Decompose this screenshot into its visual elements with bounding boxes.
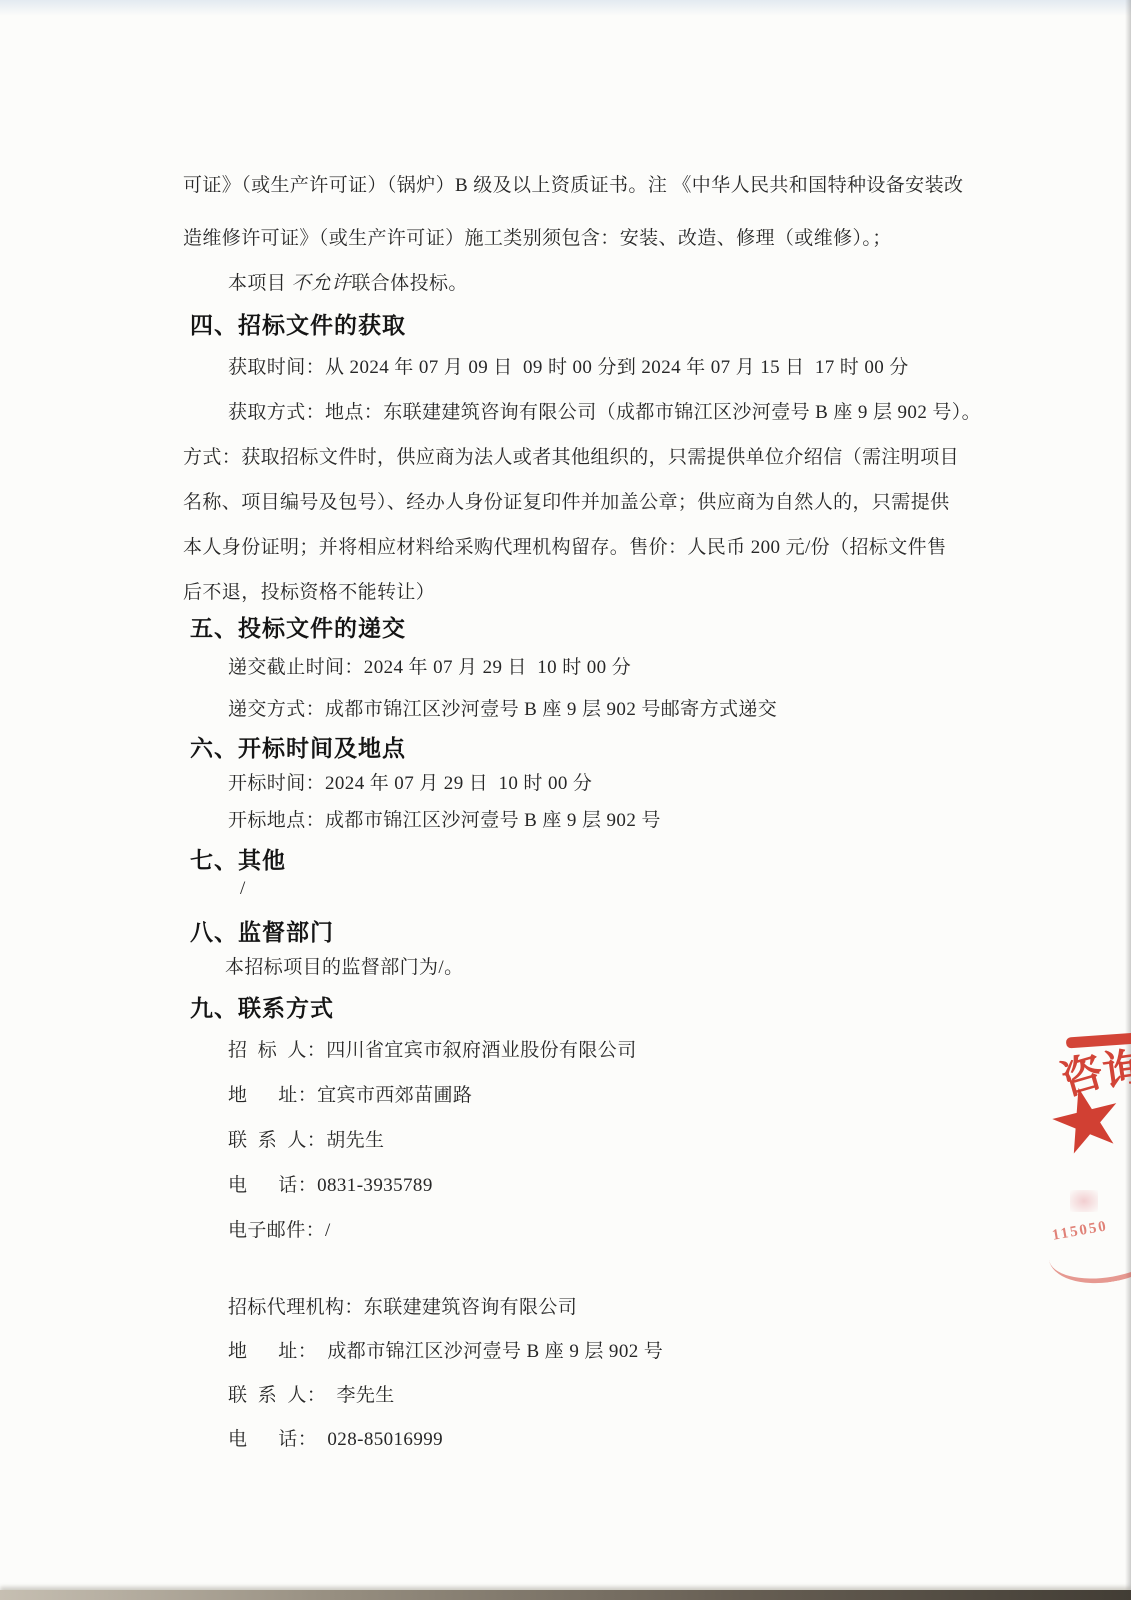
agency-name-line: 招标代理机构：东联建建筑咨询有限公司 <box>228 1292 577 1319</box>
agency-phone-line: 电 话： 028-85016999 <box>228 1424 443 1451</box>
bid-submit-deadline-line: 递交截止时间：2024 年 07 月 29 日 10 时 00 分 <box>228 652 631 679</box>
no-consortium-emphasis: 不允许 <box>291 273 351 294</box>
bid-submit-method-line: 递交方式：成都市锦江区沙河壹号 B 座 9 层 902 号邮寄方式递交 <box>228 694 777 721</box>
page-edge-shadow-right <box>1125 0 1131 1600</box>
tenderer-contact-line: 联 系 人：胡先生 <box>228 1125 384 1152</box>
section-7-content: / <box>240 878 246 900</box>
no-consortium-line: 本项目 不允许联合体投标。 <box>228 268 468 295</box>
scan-edge-bottom <box>0 1590 1131 1600</box>
section-5-heading: 五、投标文件的递交 <box>190 610 406 643</box>
tenderer-phone-line: 电 话：0831-3935789 <box>228 1170 433 1197</box>
tenderer-name-line: 招 标 人：四川省宜宾市叙府酒业股份有限公司 <box>228 1035 637 1062</box>
doc-obtain-para-line-1: 方式：获取招标文件时，供应商为法人或者其他组织的，只需提供单位介绍信（需注明项目 <box>183 442 959 469</box>
seal-ink-smudge <box>1070 1190 1098 1212</box>
agency-address-line: 地 址： 成都市锦江区沙河壹号 B 座 9 层 902 号 <box>228 1336 663 1363</box>
bid-opening-place-line: 开标地点：成都市锦江区沙河壹号 B 座 9 层 902 号 <box>228 805 661 832</box>
section-4-heading: 四、招标文件的获取 <box>190 307 406 340</box>
bid-opening-time-line: 开标时间：2024 年 07 月 29 日 10 时 00 分 <box>228 768 592 795</box>
section-8-heading: 八、监督部门 <box>190 914 334 947</box>
doc-obtain-para-line-3: 本人身份证明；并将相应材料给采购代理机构留存。售价：人民币 200 元/份（招标… <box>183 532 946 559</box>
no-consortium-prefix: 本项目 <box>228 273 291 294</box>
seal-arc-bottom <box>1043 1207 1131 1292</box>
cert-requirement-line-1: 可证》（或生产许可证）（锅炉）B 级及以上资质证书。注 《中华人民共和国特种设备… <box>183 170 963 197</box>
section-6-heading: 六、开标时间及地点 <box>190 730 406 763</box>
supervision-dept-line: 本招标项目的监督部门为/。 <box>225 952 463 979</box>
red-seal-stamp: 咨 询 ★ 115050 <box>1030 1005 1131 1255</box>
doc-obtain-method-line: 获取方式：地点：东联建建筑咨询有限公司（成都市锦江区沙河壹号 B 座 9 层 9… <box>228 397 981 424</box>
tenderer-email-line: 电子邮件：/ <box>228 1215 331 1242</box>
no-consortium-suffix: 联合体投标。 <box>351 273 467 294</box>
scanned-tender-document-page: { "document": { "intro": { "line1": "可证》… <box>0 0 1131 1600</box>
scan-tint-top <box>0 0 1131 16</box>
cert-requirement-line-2: 造维修许可证》（或生产许可证）施工类别须包含：安装、改造、修理（或维修）。； <box>183 223 892 250</box>
star-icon: ★ <box>1039 1069 1131 1171</box>
section-7-heading: 七、其他 <box>190 842 286 875</box>
doc-obtain-para-line-4: 后不退，投标资格不能转让） <box>183 577 435 604</box>
section-9-heading: 九、联系方式 <box>190 990 334 1023</box>
doc-obtain-time-line: 获取时间：从 2024 年 07 月 09 日 09 时 00 分到 2024 … <box>228 352 909 379</box>
agency-contact-line: 联 系 人： 李先生 <box>228 1380 395 1407</box>
doc-obtain-para-line-2: 名称、项目编号及包号）、经办人身份证复印件并加盖公章；供应商为自然人的，只需提供 <box>183 487 950 514</box>
tenderer-address-line: 地 址：宜宾市西郊苗圃路 <box>228 1080 472 1107</box>
